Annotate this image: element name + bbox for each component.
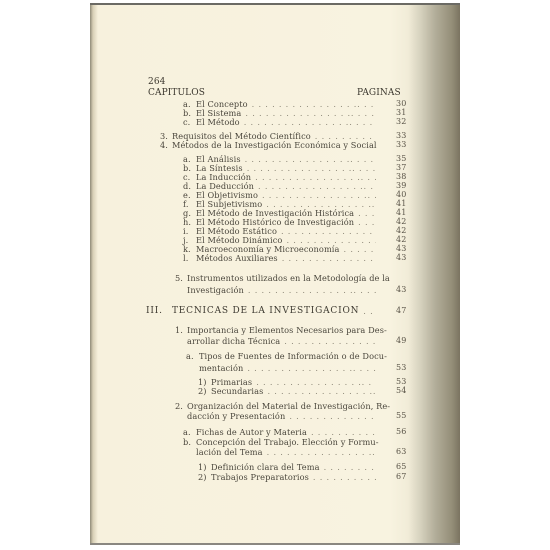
toc-entry-marker: b. [183, 437, 191, 447]
table-of-contents: 264 CAPITULOS PAGINAS a.El Concepto. . .… [0, 0, 550, 550]
toc-entry-title: Instrumentos utilizados en la Metodologí… [187, 273, 390, 283]
toc-entry-title: Importancia y Elementos Necesarios para … [187, 325, 387, 335]
dot-leader: . . . . . . . . . . . . . . . .. . . . .… [284, 336, 376, 346]
toc-entry-marker: 2) [198, 472, 207, 482]
toc-entry-title: Organización del Material de Investigaci… [187, 401, 390, 411]
toc-entry-title-continued: lación del Tema [196, 447, 263, 457]
header-paginas: PAGINAS [357, 88, 401, 98]
toc-entry-title: TECNICAS DE LA INVESTIGACION [172, 306, 359, 316]
toc-entry-title: El Método [196, 117, 240, 127]
toc-entry-title: Concepción del Trabajo. Elección y Formu… [196, 437, 379, 447]
toc-entry-title: Métodos Auxiliares [196, 253, 278, 263]
toc-entry-title-continued: arrollar dicha Técnica [187, 336, 280, 346]
dot-leader: . . . . . . . . . . . . . . . .. . . . .… [247, 363, 376, 373]
toc-entry-page: 67 [396, 472, 410, 482]
toc-entry-title: Definición clara del Tema [211, 462, 320, 472]
toc-entry-title: Tipos de Fuentes de Información o de Doc… [199, 351, 387, 361]
toc-entry-title: Métodos de la Investigación Económica y … [172, 140, 377, 150]
toc-entry-title-continued: Investigación [187, 285, 244, 295]
dot-leader: . . . . . . . . . . . . . . . .. . . . .… [311, 427, 376, 437]
toc-entry-title: Secundarias [211, 386, 263, 396]
toc-entry-page: 65 [396, 462, 410, 472]
toc-entry-page: 32 [396, 117, 410, 127]
dot-leader: . . . . . . . . . . . . . . . .. . . . .… [267, 447, 376, 457]
toc-entry-marker: 5. [175, 273, 183, 283]
toc-entry-page: 49 [396, 336, 410, 346]
dot-leader: . . . . . . . . . . . . . . . .. . . . .… [324, 462, 376, 472]
toc-entry-marker: a. [186, 351, 194, 361]
toc-entry-marker: 4. [160, 140, 168, 150]
toc-entry-marker: 1. [175, 325, 183, 335]
dot-leader: . . . . . . . . . . . . . . . .. . . . .… [248, 285, 376, 295]
dot-leader: . . . . . . . . . . . . . . . .. . . . .… [282, 253, 376, 263]
dot-leader: . . . . . . . . . . . . . . . .. . . . .… [289, 411, 376, 421]
dot-leader: . . . . . . . . . . . . . . . .. . . . .… [363, 306, 376, 316]
toc-entry-marker: c. [183, 117, 190, 127]
toc-entry-page: 43 [396, 253, 410, 263]
toc-entry-title: Trabajos Preparatorios [211, 472, 309, 482]
toc-entry-marker: 1) [198, 462, 207, 472]
toc-entry-marker: 2. [175, 401, 183, 411]
toc-entry-page: 47 [396, 306, 410, 316]
toc-entry-marker: III. [146, 306, 163, 316]
toc-entry-page: 63 [396, 447, 410, 457]
dot-leader: . . . . . . . . . . . . . . . .. . . . .… [313, 472, 376, 482]
toc-entry-page: 43 [396, 285, 410, 295]
toc-entry-page: 54 [396, 386, 410, 396]
dot-leader: . . . . . . . . . . . . . . . .. . . . .… [267, 386, 376, 396]
toc-entry-page: 55 [396, 411, 410, 421]
toc-entry-page: 33 [396, 140, 410, 150]
toc-entry-title: Fichas de Autor y Materia [196, 427, 307, 437]
toc-entry-title-continued: dacción y Presentación [187, 411, 285, 421]
toc-entry-marker: 2) [198, 386, 207, 396]
page-number: 264 [148, 77, 165, 87]
header-capitulos: CAPITULOS [148, 88, 205, 98]
toc-entry-page: 53 [396, 363, 410, 373]
toc-entry-marker: a. [183, 427, 191, 437]
toc-entry-title-continued: mentación [199, 363, 243, 373]
dot-leader: . . . . . . . . . . . . . . . .. . . . .… [244, 117, 376, 127]
toc-entry-marker: l. [183, 253, 188, 263]
toc-entry-page: 56 [396, 427, 410, 437]
